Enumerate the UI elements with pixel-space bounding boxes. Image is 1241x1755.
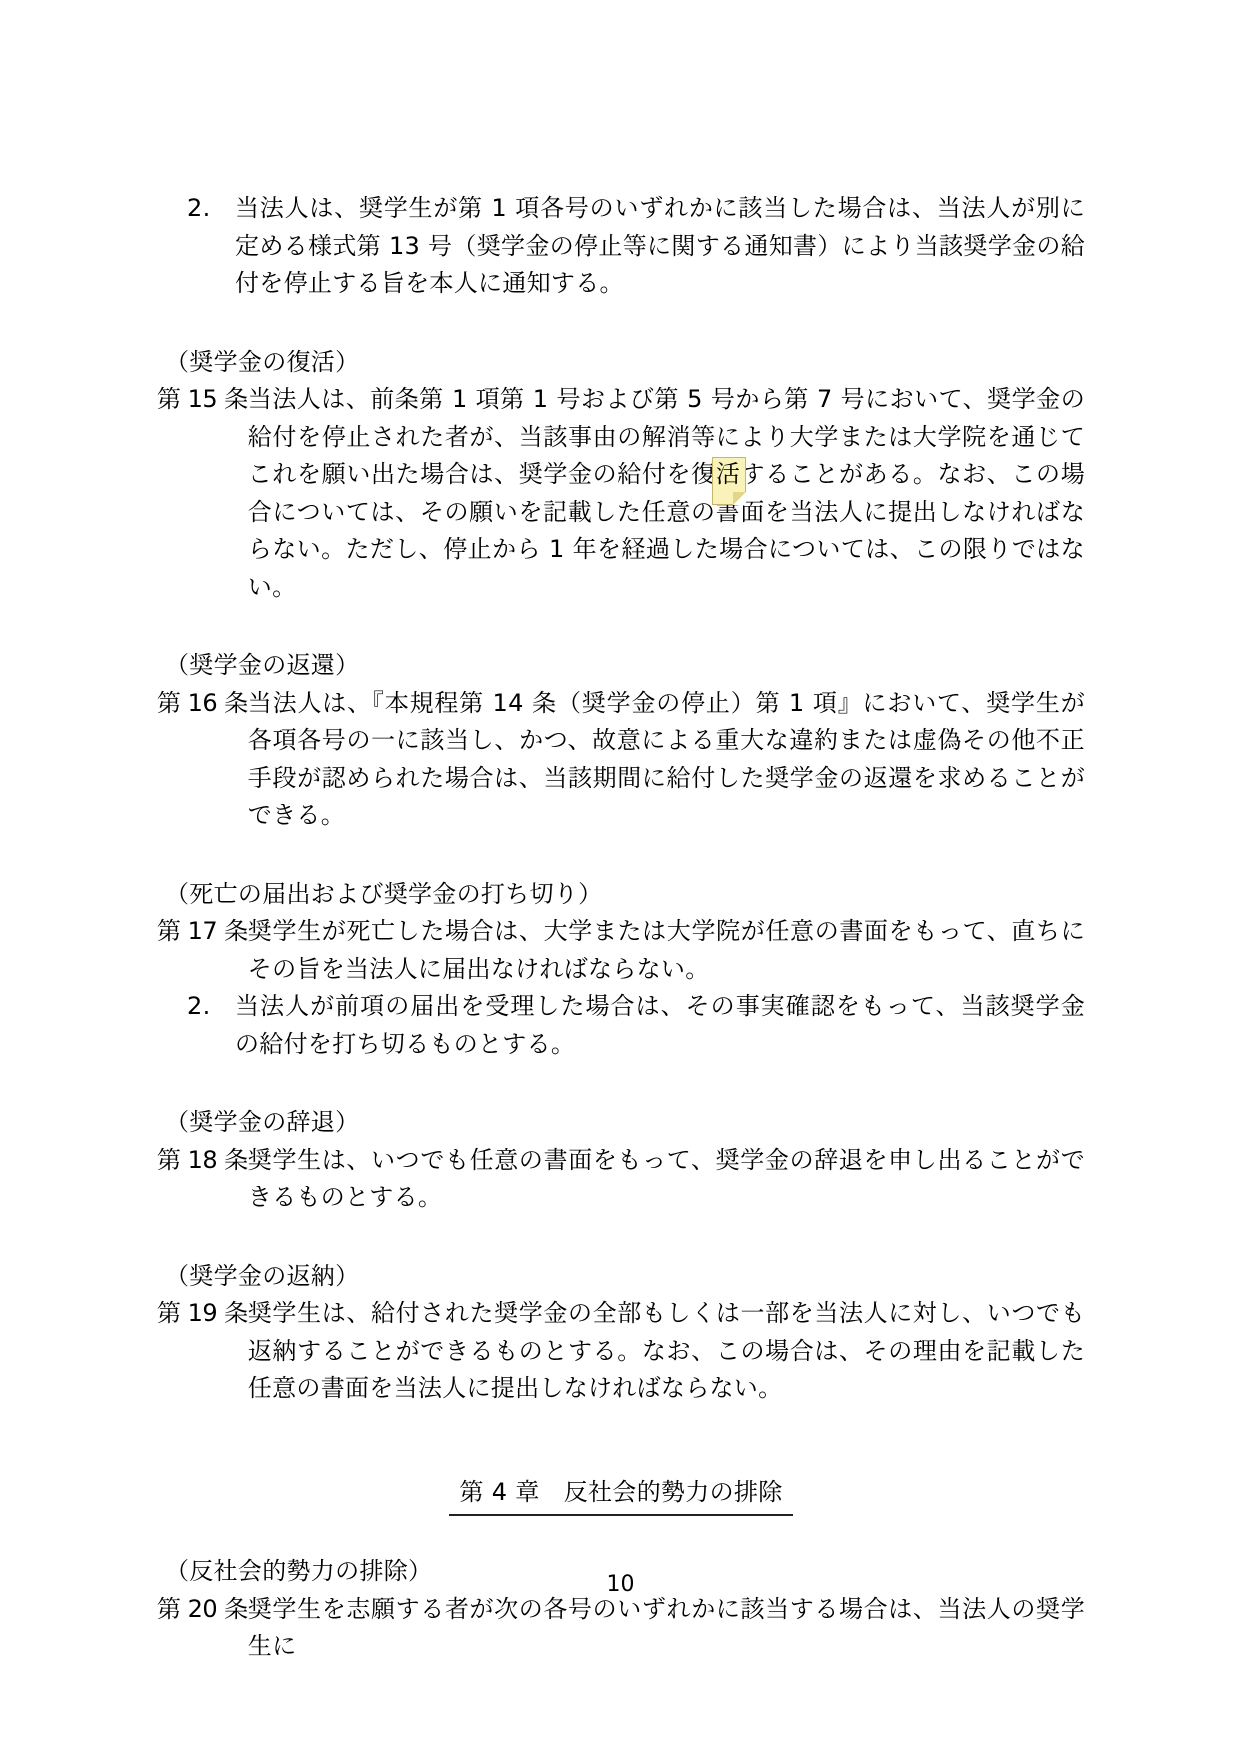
section-scholarship-declination: （奨学金の辞退） 第 18 条 奨学生は、いつでも任意の書面をもって、奨学金の辞…: [157, 1104, 1085, 1217]
article-number: 第 20 条: [157, 1591, 248, 1666]
article-text: 当法人は、前条第 1 項第 1 号および第 5 号から第 7 号において、奨学金…: [248, 381, 1085, 606]
article-number: 第 17 条: [157, 913, 248, 988]
article-17: 第 17 条 奨学生が死亡した場合は、大学または大学院が任意の書面をもって、直ち…: [157, 913, 1085, 988]
section-scholarship-repayment: （奨学金の返還） 第 16 条 当法人は、『本規程第 14 条（奨学金の停止）第…: [157, 647, 1085, 835]
article-text: 奨学生が死亡した場合は、大学または大学院が任意の書面をもって、直ちにその旨を当法…: [248, 913, 1085, 988]
article-text: 奨学生は、給付された奨学金の全部もしくは一部を当法人に対し、いつでも返納すること…: [248, 1295, 1085, 1408]
section-scholarship-revival: （奨学金の復活） 第 15 条 当法人は、前条第 1 項第 1 号および第 5 …: [157, 344, 1085, 607]
clause-text: 当法人が前項の届出を受理した場合は、その事実確認をもって、当該奨学金の給付を打ち…: [235, 988, 1085, 1063]
document-page: 2. 当法人は、奨学生が第 1 項各号のいずれかに該当した場合は、当法人が別に定…: [0, 0, 1241, 1755]
section-scholarship-return: （奨学金の返納） 第 19 条 奨学生は、給付された奨学金の全部もしくは一部を当…: [157, 1258, 1085, 1408]
article-text: 奨学生を志願する者が次の各号のいずれかに該当する場合は、当法人の奨学生に: [248, 1591, 1085, 1666]
section-heading: （奨学金の復活）: [165, 344, 1085, 382]
section-heading: （奨学金の返還）: [165, 647, 1085, 685]
article-16: 第 16 条 当法人は、『本規程第 14 条（奨学金の停止）第 1 項』において…: [157, 685, 1085, 835]
section-heading: （死亡の届出および奨学金の打ち切り）: [165, 876, 1085, 914]
annotation-anchor[interactable]: 活: [716, 460, 741, 488]
article-text: 奨学生は、いつでも任意の書面をもって、奨学金の辞退を申し出ることができるものとす…: [248, 1142, 1085, 1217]
chapter-4-heading: 第 4 章 反社会的勢力の排除: [449, 1474, 792, 1517]
section-antisocial-forces: （反社会的勢力の排除） 第 20 条 奨学生を志願する者が次の各号のいずれかに該…: [157, 1553, 1085, 1666]
page-number: 10: [0, 1572, 1241, 1597]
clause-number: 2.: [157, 190, 235, 303]
section-heading: （奨学金の辞退）: [165, 1104, 1085, 1142]
section-heading: （奨学金の返納）: [165, 1258, 1085, 1296]
article-number: 第 16 条: [157, 685, 248, 835]
article-18: 第 18 条 奨学生は、いつでも任意の書面をもって、奨学金の辞退を申し出ることが…: [157, 1142, 1085, 1217]
article-20: 第 20 条 奨学生を志願する者が次の各号のいずれかに該当する場合は、当法人の奨…: [157, 1591, 1085, 1666]
document-content: 2. 当法人は、奨学生が第 1 項各号のいずれかに該当した場合は、当法人が別に定…: [157, 190, 1085, 1666]
article-number: 第 15 条: [157, 381, 248, 606]
annotated-char: 活: [716, 460, 741, 488]
clause-number: 2.: [157, 988, 235, 1063]
section-death-notification: （死亡の届出および奨学金の打ち切り） 第 17 条 奨学生が死亡した場合は、大学…: [157, 876, 1085, 1064]
chapter-4-heading-wrap: 第 4 章 反社会的勢力の排除: [157, 1474, 1085, 1517]
article-number: 第 18 条: [157, 1142, 248, 1217]
clause-14-2: 2. 当法人は、奨学生が第 1 項各号のいずれかに該当した場合は、当法人が別に定…: [157, 190, 1085, 303]
article-19: 第 19 条 奨学生は、給付された奨学金の全部もしくは一部を当法人に対し、いつで…: [157, 1295, 1085, 1408]
article-15: 第 15 条 当法人は、前条第 1 項第 1 号および第 5 号から第 7 号に…: [157, 381, 1085, 606]
clause-17-2: 2. 当法人が前項の届出を受理した場合は、その事実確認をもって、当該奨学金の給付…: [157, 988, 1085, 1063]
article-text: 当法人は、『本規程第 14 条（奨学金の停止）第 1 項』において、奨学生が各項…: [248, 685, 1085, 835]
article-number: 第 19 条: [157, 1295, 248, 1408]
clause-text: 当法人は、奨学生が第 1 項各号のいずれかに該当した場合は、当法人が別に定める様…: [235, 190, 1085, 303]
